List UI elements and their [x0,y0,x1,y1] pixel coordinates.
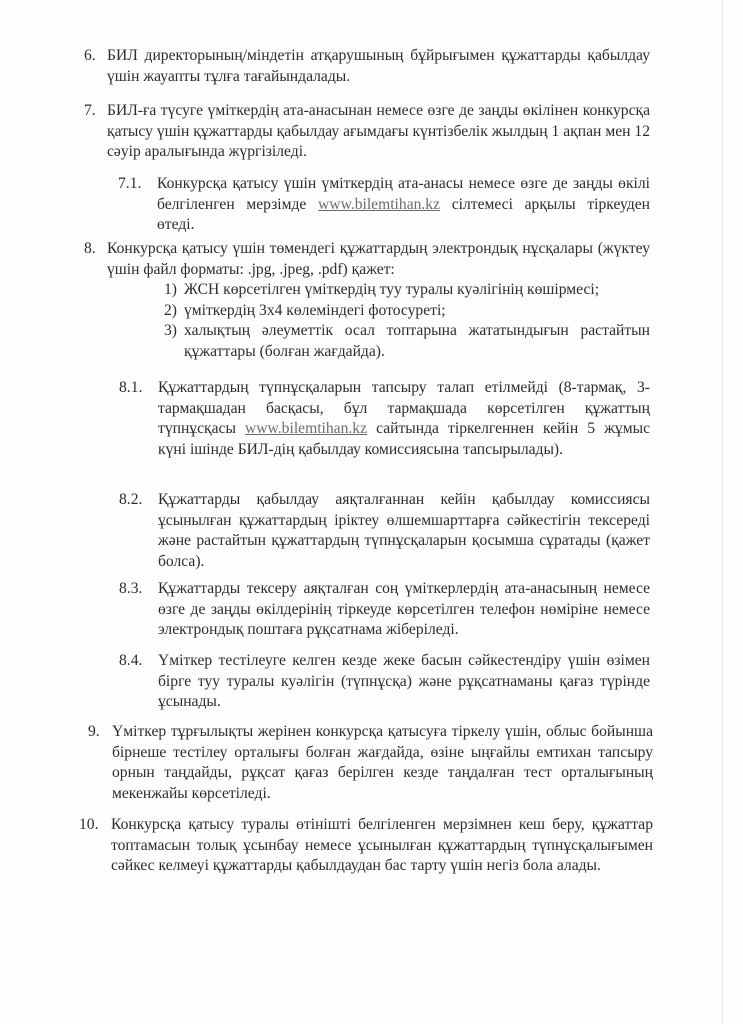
subitem-number: 8.3. [119,579,142,600]
list-item-3-text: халықтың әлеуметтік осал топтарына жатат… [184,321,650,362]
subitem-number: 7.1. [118,174,141,195]
item-number: 10. [79,815,99,836]
subitem-7-1-text: Конкурсқа қатысу үшін үміткердің ата-ана… [157,174,650,236]
list-item-2-text: үміткердің 3х4 көлеміндегі фотосуреті; [184,301,650,322]
subitem-8-2-text: Құжаттарды қабылдау аяқталғаннан кейін қ… [158,490,650,572]
list-number: 3) [164,321,177,342]
item-7-text: БИЛ-ға түсуге үміткердің ата-анасынан не… [107,101,650,163]
bilemtihan-link[interactable]: www.bilemtihan.kz [318,196,440,213]
list-number: 2) [164,301,177,322]
bilemtihan-link[interactable]: www.bilemtihan.kz [245,420,367,437]
item-number: 7. [84,101,96,122]
item-10-text: Конкурсқа қатысу туралы өтінішті белгіле… [111,815,653,877]
item-8-text: Конкурсқа қатысу үшін төмендегі құжаттар… [107,239,650,280]
item-9-text: Үміткер тұрғылықты жерінен конкурсқа қат… [112,722,653,804]
item-6-text: БИЛ директорының/міндетін атқарушының бұ… [107,46,650,87]
list-number: 1) [164,280,177,301]
item-number: 9. [88,722,100,743]
page-edge-shadow [722,0,723,1024]
subitem-number: 8.1. [119,378,142,399]
subitem-number: 8.2. [119,490,142,511]
item-number: 6. [84,46,96,67]
scanned-document-page: 6. БИЛ директорының/міндетін атқарушының… [0,0,743,1024]
subitem-8-3-text: Құжаттарды тексеру аяқталған соң үміткер… [158,579,650,641]
subitem-number: 8.4. [119,651,142,672]
item-number: 8. [84,239,96,260]
subitem-8-4-text: Үміткер тестілеуге келген кезде жеке бас… [158,651,650,713]
list-item-1-text: ЖСН көрсетілген үміткердің туу туралы ку… [184,280,650,301]
subitem-8-1-text: Құжаттардың түпнұсқаларын тапсыру талап … [158,378,650,460]
